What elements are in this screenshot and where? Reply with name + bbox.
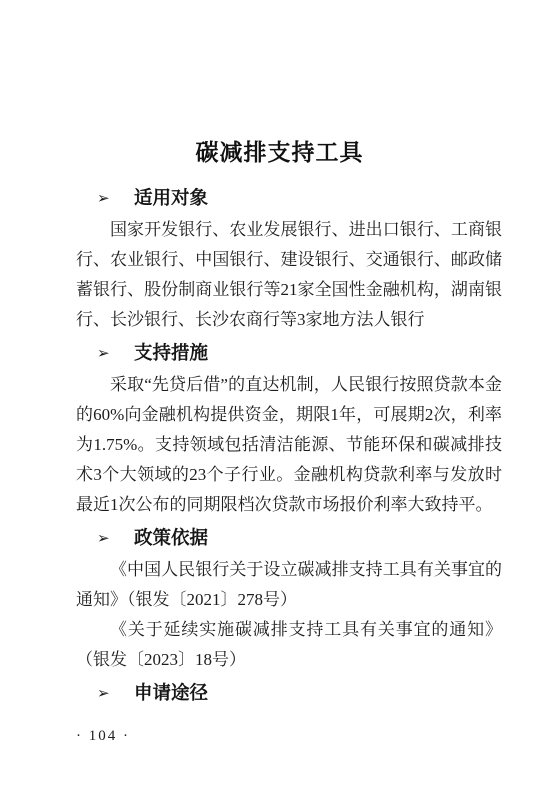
- arrow-bullet-icon: ➢: [97, 678, 117, 708]
- arrow-bullet-icon: ➢: [97, 523, 117, 553]
- section-heading-application-channel: ➢申请途径: [76, 678, 502, 709]
- page-number: · 104 ·: [76, 726, 130, 746]
- section-heading-applicable-targets: ➢适用对象: [76, 183, 502, 214]
- document-body: ➢适用对象 国家开发银行、农业发展银行、进出口银行、工商银行、农业银行、中国银行…: [76, 180, 502, 710]
- paragraph-policy-document-2023: 《关于延续实施碳减排支持工具有关事宜的通知》（银发〔2023〕18号）: [76, 615, 502, 675]
- arrow-bullet-icon: ➢: [97, 338, 117, 368]
- section-heading-support-measures: ➢支持措施: [76, 338, 502, 369]
- section-heading-label: 支持措施: [134, 342, 208, 363]
- section-heading-label: 适用对象: [134, 187, 208, 208]
- section-heading-label: 申请途径: [134, 682, 208, 703]
- arrow-bullet-icon: ➢: [97, 183, 117, 213]
- document-page: 碳减排支持工具 ➢适用对象 国家开发银行、农业发展银行、进出口银行、工商银行、农…: [0, 0, 559, 793]
- paragraph-policy-document-2021: 《中国人民银行关于设立碳减排支持工具有关事宜的通知》（银发〔2021〕278号）: [76, 555, 502, 615]
- section-heading-label: 政策依据: [134, 527, 208, 548]
- section-heading-policy-basis: ➢政策依据: [76, 523, 502, 554]
- paragraph-applicable-targets: 国家开发银行、农业发展银行、进出口银行、工商银行、农业银行、中国银行、建设银行、…: [76, 215, 502, 335]
- paragraph-support-measures: 采取“先贷后借”的直达机制，人民银行按照贷款本金的60%向金融机构提供资金，期限…: [76, 370, 502, 520]
- page-title: 碳减排支持工具: [0, 134, 559, 167]
